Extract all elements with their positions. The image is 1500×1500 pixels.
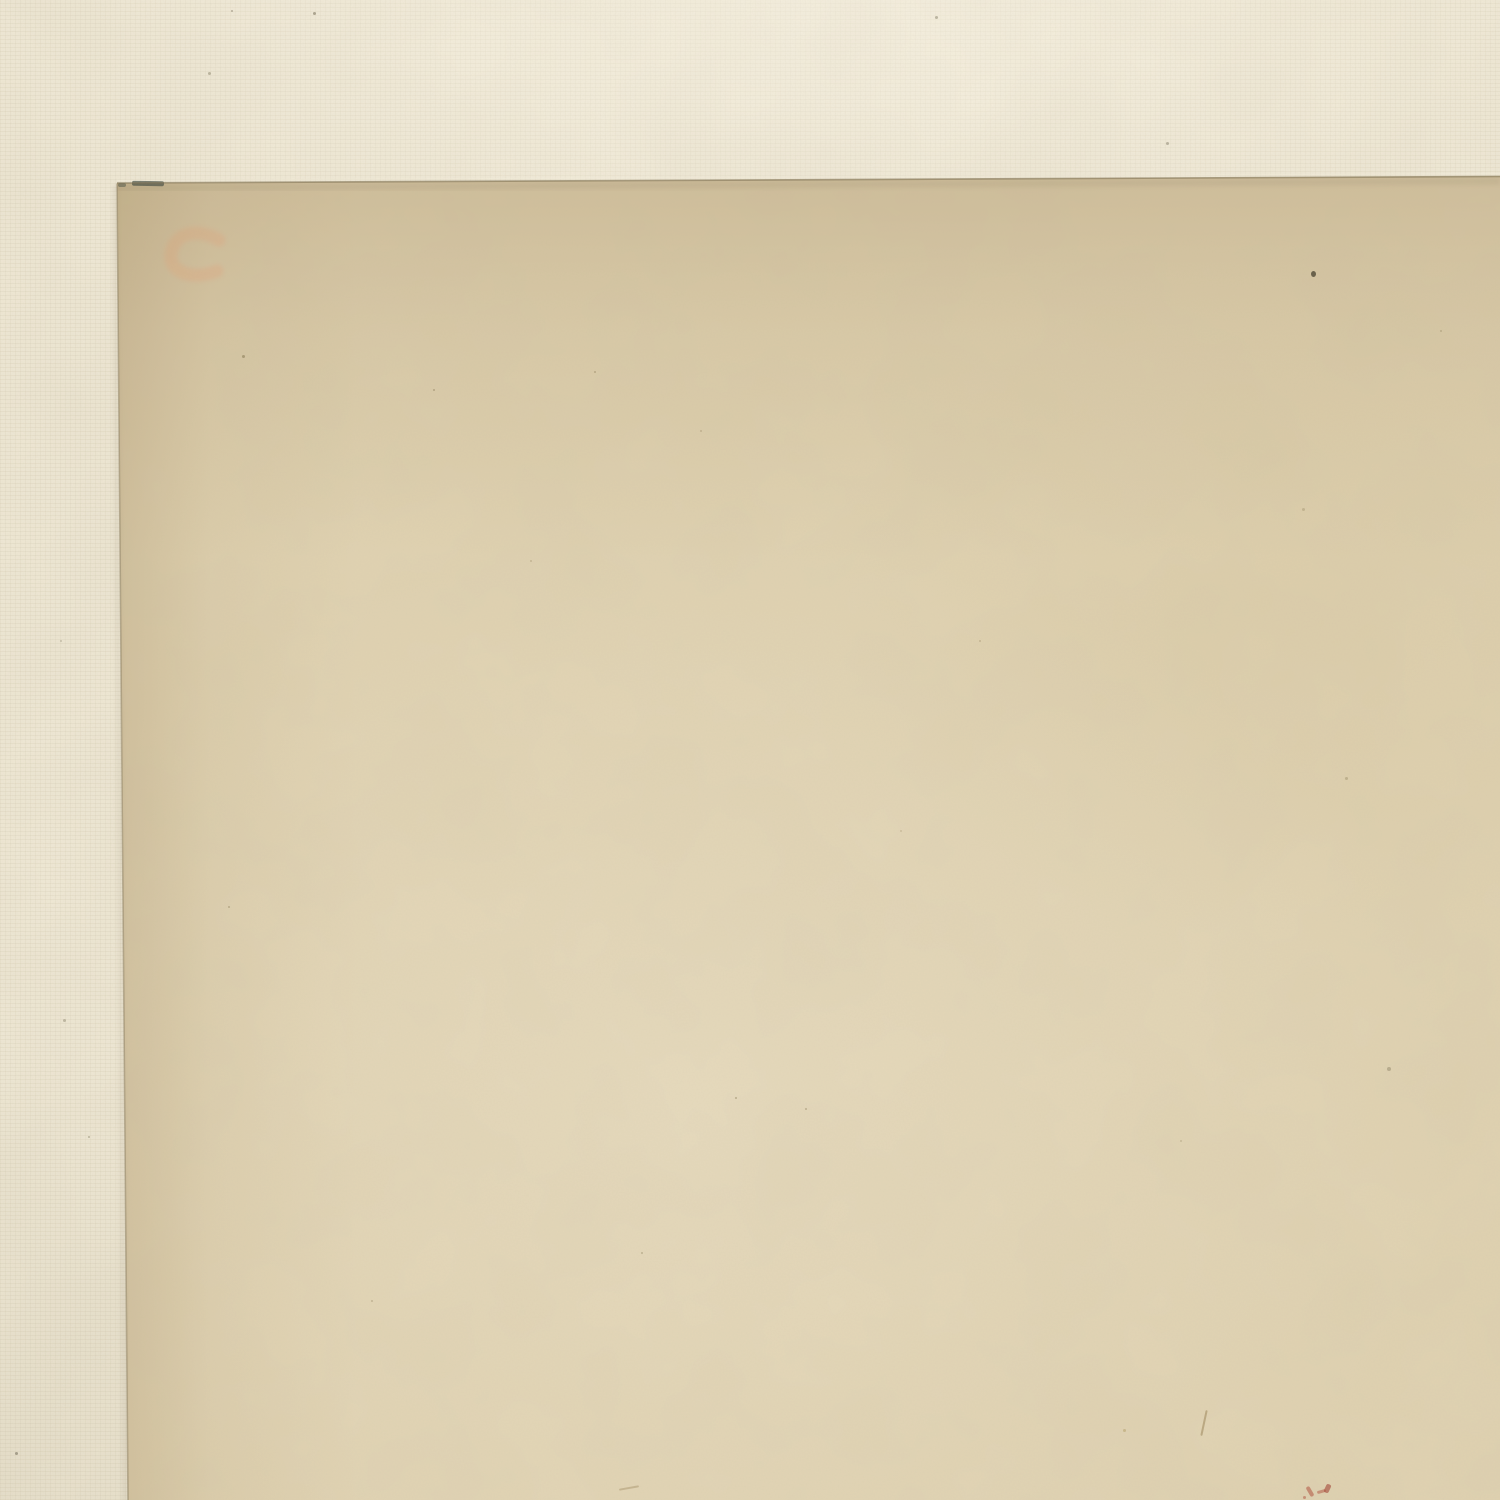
paper-sheet	[0, 0, 1500, 1500]
scanned-page	[0, 0, 1500, 1500]
